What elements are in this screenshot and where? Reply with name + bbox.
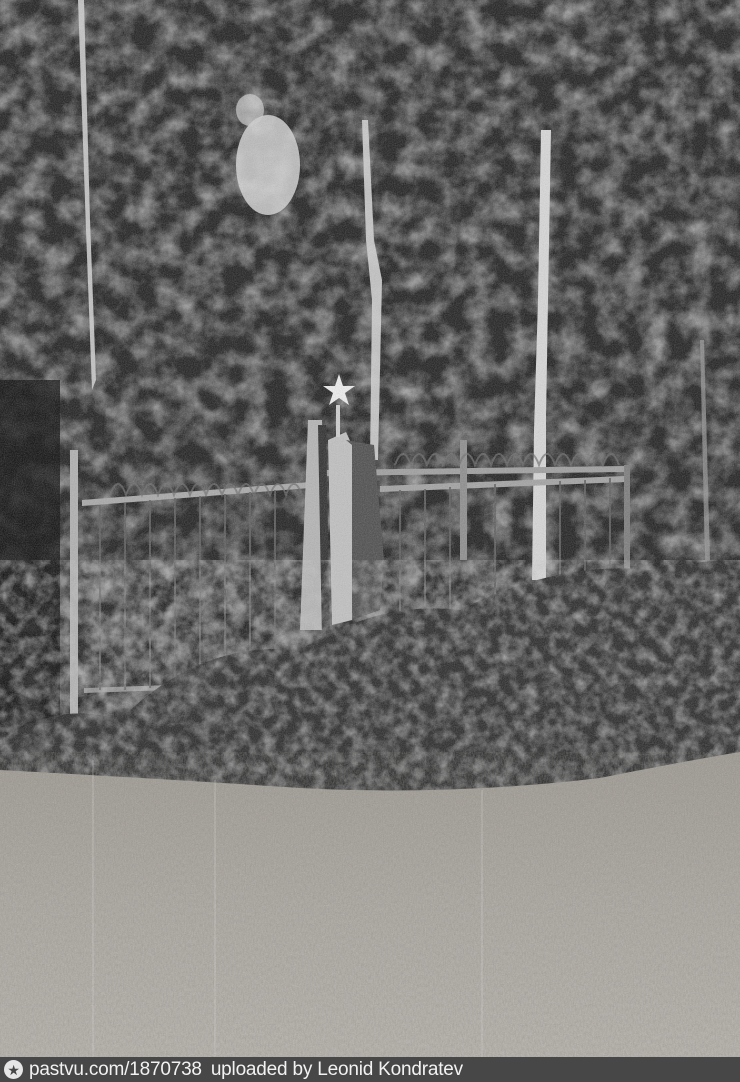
photo-url[interactable]: pastvu.com/1870738 bbox=[29, 1059, 202, 1081]
caption-bar: ★ pastvu.com/1870738 uploaded by Leonid … bbox=[0, 1057, 740, 1082]
uploader-credit: uploaded by Leonid Kondratev bbox=[211, 1059, 463, 1081]
photo-canvas bbox=[0, 0, 740, 1057]
archival-photo bbox=[0, 0, 740, 1057]
star-circle-icon: ★ bbox=[4, 1060, 23, 1079]
